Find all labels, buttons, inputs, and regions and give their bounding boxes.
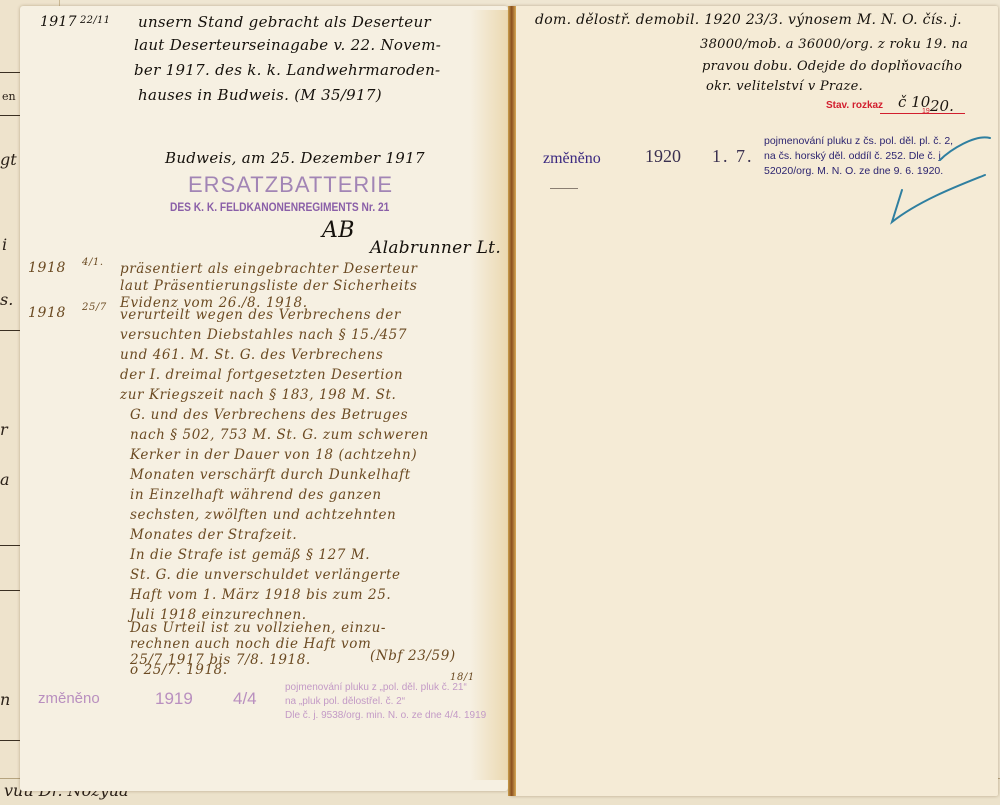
underlying-fragment: i <box>2 235 7 254</box>
change-year: 1920 <box>645 146 681 167</box>
note-line: pravou dobu. Odejde do doplňovacího <box>702 58 962 75</box>
entry-line: laut Deserteurseinagabe v. 22. Novem- <box>134 37 441 54</box>
entry-line: G. und des Verbrechens des Betruges <box>130 407 408 424</box>
entry-line: und 461. M. St. G. des Verbrechens <box>120 347 383 364</box>
note-line: dom. dělostř. demobil. 1920 23/3. výnose… <box>535 12 962 29</box>
note-line: 38000/mob. a 36000/org. z roku 19. na <box>700 36 968 53</box>
changed-label: změněno <box>38 690 100 707</box>
change-note-line: Dle č. j. 9538/org. min. N. o. ze dne 4/… <box>285 709 486 723</box>
change-note-line: na „pluk pol. dělostřel. č. 2“ <box>285 695 486 709</box>
entry-line: In die Strafe ist gemäß § 127 M. <box>130 547 370 564</box>
signature-initials: AB <box>322 222 355 239</box>
entry-line: rechnen auch noch die Haft vom <box>130 636 371 653</box>
entry-date-day-month: 4/1. <box>82 255 104 272</box>
entry-line: sechsten, zwölften und achtzehnten <box>130 507 396 524</box>
entry-line: in Einzelhaft während des ganzen <box>130 487 382 504</box>
underlying-fragment: n <box>0 690 10 709</box>
entry-line: unsern Stand gebracht als Deserteur <box>138 14 431 31</box>
place-date-line: Budweis, am 25. Dezember 1917 <box>165 150 425 167</box>
entry-line: versuchten Diebstahles nach § 15./457 <box>120 327 407 344</box>
unit-stamp-line1: ERSATZBATTERIE <box>188 172 393 198</box>
entry-line: ber 1917. des k. k. Landwehrmaroden- <box>134 62 440 79</box>
right-page <box>510 6 998 796</box>
entry-line: Das Urteil ist zu vollziehen, einzu- <box>130 620 386 637</box>
underlying-fragment: r <box>0 420 8 439</box>
entry-line: o 25/7. 1918. <box>130 662 228 679</box>
entry-line: zur Kriegszeit nach § 183, 198 M. St. <box>120 387 396 404</box>
entry-line: St. G. die unverschuldet verlängerte <box>130 567 401 584</box>
entry-date-year: 1918 <box>28 260 66 277</box>
entry-line: Kerker in der Dauer von 18 (achtzehn) <box>130 447 417 464</box>
change-day-month: 4/4 <box>233 689 257 709</box>
underlying-fragment: gt <box>0 150 17 169</box>
underlying-fragment: en <box>2 90 16 103</box>
change-note-line: pojmenování pluku z „pol. děl. pluk č. 2… <box>285 681 486 695</box>
change-day-month: 1. 7. <box>712 146 754 167</box>
underlying-fragment: a <box>0 470 10 489</box>
entry-date-year: 1918 <box>28 305 66 322</box>
entry-date-year: 1917 <box>40 14 77 31</box>
entry-reference: (Nbf 23/59) <box>370 648 456 665</box>
entry-date-day-month: 25/7 <box>82 300 107 317</box>
note-line: okr. velitelství v Praze. <box>706 78 863 95</box>
entry-line: laut Präsentierungsliste der Sicherheits <box>120 278 417 295</box>
book-spine-edge <box>508 6 516 796</box>
order-year-prefix: 19 <box>922 108 930 115</box>
water-stain <box>470 10 510 780</box>
order-stamp-label: Stav. rozkaz <box>826 100 883 111</box>
change-underline <box>550 188 578 189</box>
entry-line: verurteilt wegen des Verbrechens der <box>120 307 401 324</box>
order-year: 20. <box>930 97 954 115</box>
changed-label: změněno <box>543 150 601 168</box>
underlying-fragment: s. <box>0 290 13 309</box>
check-mark-icon <box>880 130 1000 230</box>
change-year: 1919 <box>155 689 193 709</box>
entry-line: Monaten verschärft durch Dunkelhaft <box>130 467 411 484</box>
entry-line: der I. dreimal fortgesetzten Desertion <box>120 367 403 384</box>
signature-name: Alabrunner Lt. <box>370 240 501 257</box>
unit-stamp-line2: DES K. K. FELDKANONENREGIMENTS Nr. 21 <box>170 200 389 214</box>
entry-date-day-month: 22/11 <box>80 12 110 29</box>
change-note: pojmenování pluku z „pol. děl. pluk č. 2… <box>285 681 486 723</box>
entry-line: Haft vom 1. März 1918 bis zum 25. <box>130 587 391 604</box>
entry-line: Monates der Strafzeit. <box>130 527 297 544</box>
entry-line: präsentiert als eingebrachter Deserteur <box>120 261 418 278</box>
entry-line: hauses in Budweis. (M 35/917) <box>138 87 382 104</box>
entry-line: nach § 502, 753 M. St. G. zum schweren <box>130 427 429 444</box>
